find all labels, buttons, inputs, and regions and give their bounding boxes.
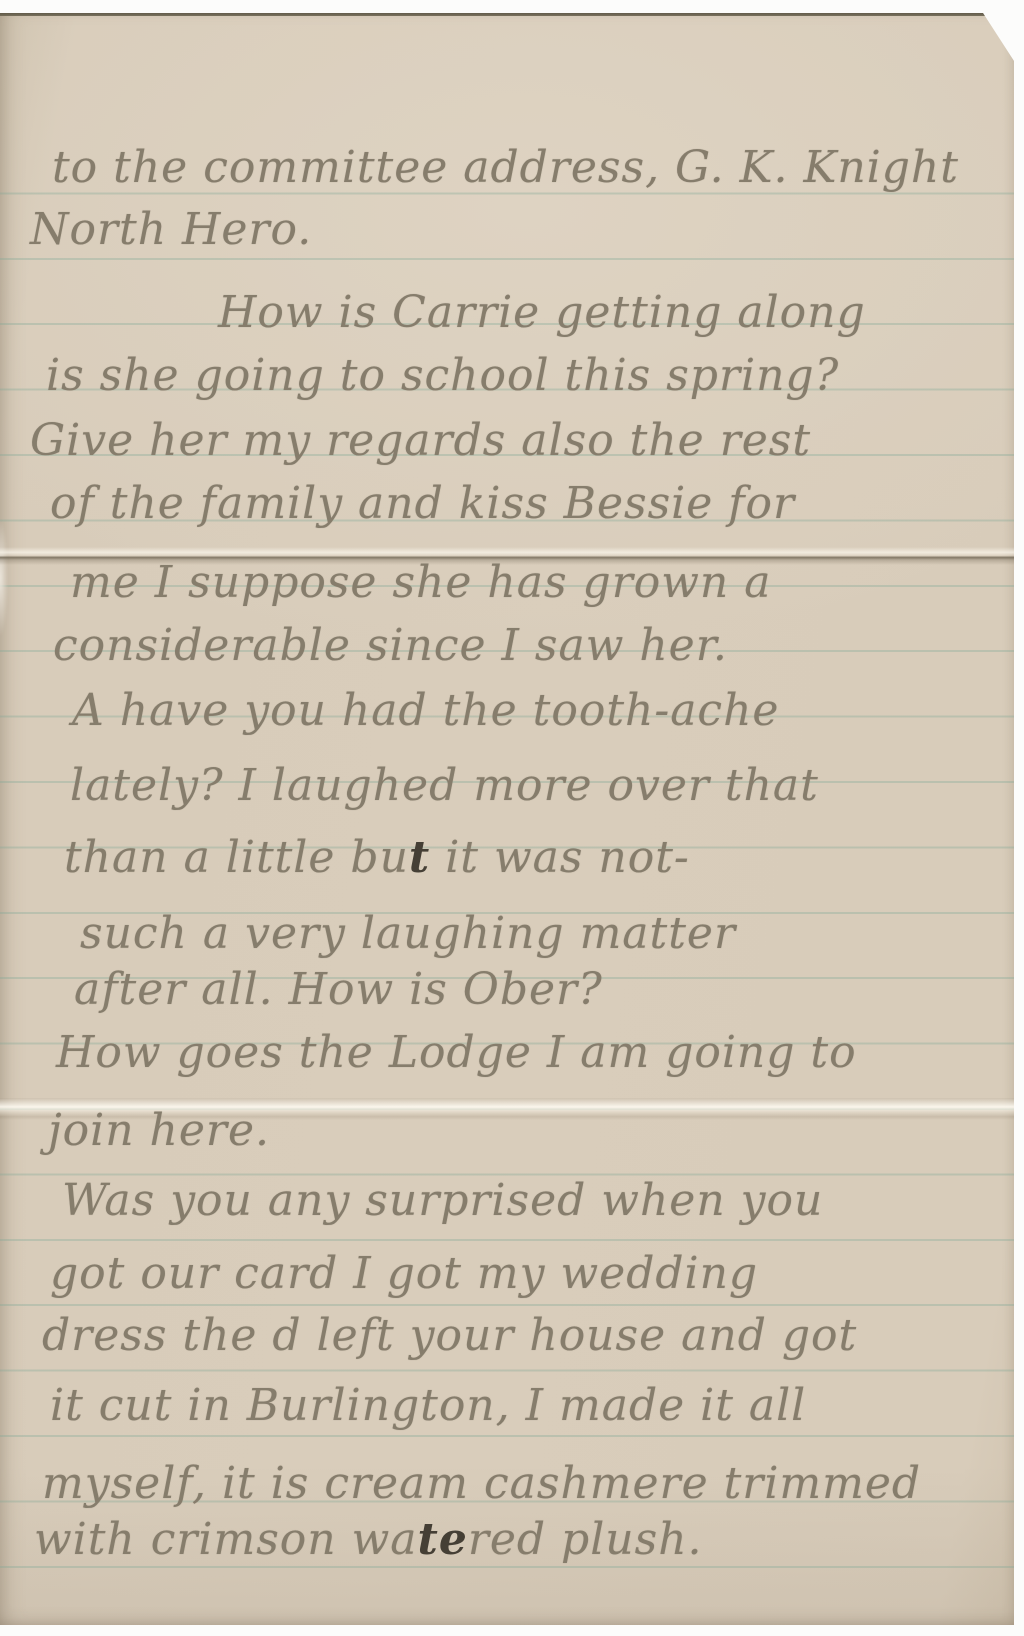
handwritten-line: myself, it is cream cashmere trimmed bbox=[42, 1459, 921, 1510]
line-segment: than a little bu bbox=[64, 832, 409, 883]
handwritten-line: it cut in Burlington, I made it all bbox=[50, 1381, 806, 1432]
paper-top-edge bbox=[0, 13, 1014, 16]
scanned-letter-screenshot: to the committee address, G. K. Knight N… bbox=[0, 0, 1024, 1636]
line-segment: red plush. bbox=[468, 1514, 703, 1565]
ink-overwrite: te bbox=[418, 1514, 468, 1565]
handwritten-line: Give her my regards also the rest bbox=[30, 416, 811, 467]
handwritten-line: such a very laughing matter bbox=[80, 909, 736, 960]
ink-overwrite: t bbox=[409, 832, 430, 883]
handwritten-line: is she going to school this spring? bbox=[46, 351, 839, 402]
handwritten-line: lately? I laughed more over that bbox=[70, 761, 819, 812]
handwritten-line: How is Carrie getting along bbox=[218, 288, 866, 339]
handwritten-line: A have you had the tooth-ache bbox=[72, 686, 779, 737]
handwritten-line: How goes the Lodge I am going to bbox=[56, 1028, 857, 1079]
handwritten-line: got our card I got my wedding bbox=[50, 1249, 758, 1300]
handwritten-line: dress the d left your house and got bbox=[42, 1311, 857, 1362]
handwritten-line: North Hero. bbox=[30, 205, 312, 256]
handwritten-line: after all. How is Ober? bbox=[74, 965, 603, 1016]
handwritten-line: to the committee address, G. K. Knight bbox=[52, 143, 959, 194]
line-segment: with crimson wa bbox=[34, 1514, 418, 1565]
handwritten-line: than a little but it was not- bbox=[64, 833, 690, 884]
handwritten-line: join here. bbox=[48, 1106, 270, 1157]
paper-edge-wear bbox=[0, 493, 14, 663]
handwritten-line: considerable since I saw her. bbox=[53, 621, 728, 672]
handwritten-line: of the family and kiss Bessie for bbox=[50, 479, 795, 530]
handwritten-line: with crimson watered plush. bbox=[34, 1515, 703, 1566]
handwritten-line: Was you any surprised when you bbox=[62, 1176, 823, 1227]
line-segment: it was not- bbox=[430, 832, 690, 883]
handwritten-line: me I suppose she has grown a bbox=[70, 558, 771, 609]
